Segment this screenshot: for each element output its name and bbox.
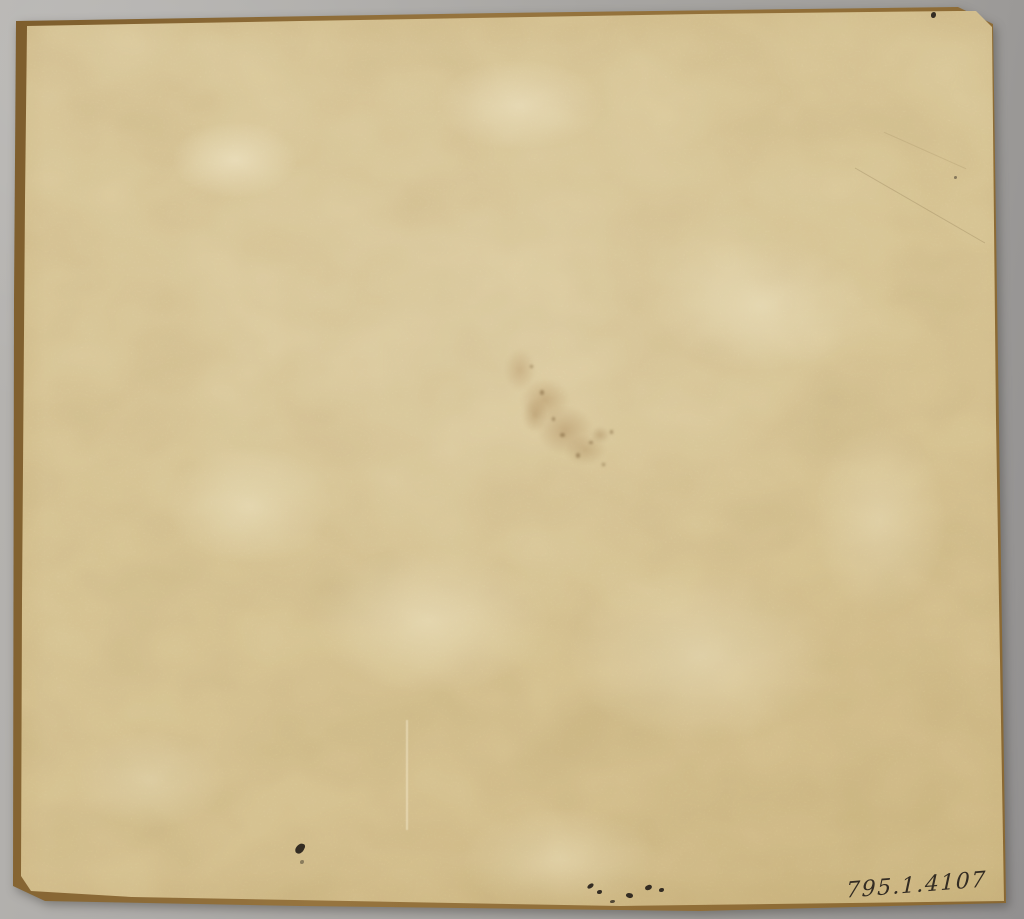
- ink-speck: [644, 884, 652, 891]
- ink-speck: [300, 860, 304, 864]
- ink-speck: [294, 842, 306, 855]
- ink-speck: [931, 12, 936, 18]
- ink-speck: [659, 888, 664, 892]
- paper-sheet: 795.1.4107: [0, 0, 1024, 919]
- ink-speck: [625, 892, 633, 899]
- ink-speck: [954, 176, 957, 179]
- ink-speck: [586, 883, 594, 890]
- ink-speck: [610, 900, 615, 903]
- photo-backdrop: 795.1.4107: [0, 0, 1024, 919]
- ink-specks: [0, 0, 1024, 919]
- surface-streak: [406, 720, 408, 830]
- ink-speck: [597, 890, 602, 894]
